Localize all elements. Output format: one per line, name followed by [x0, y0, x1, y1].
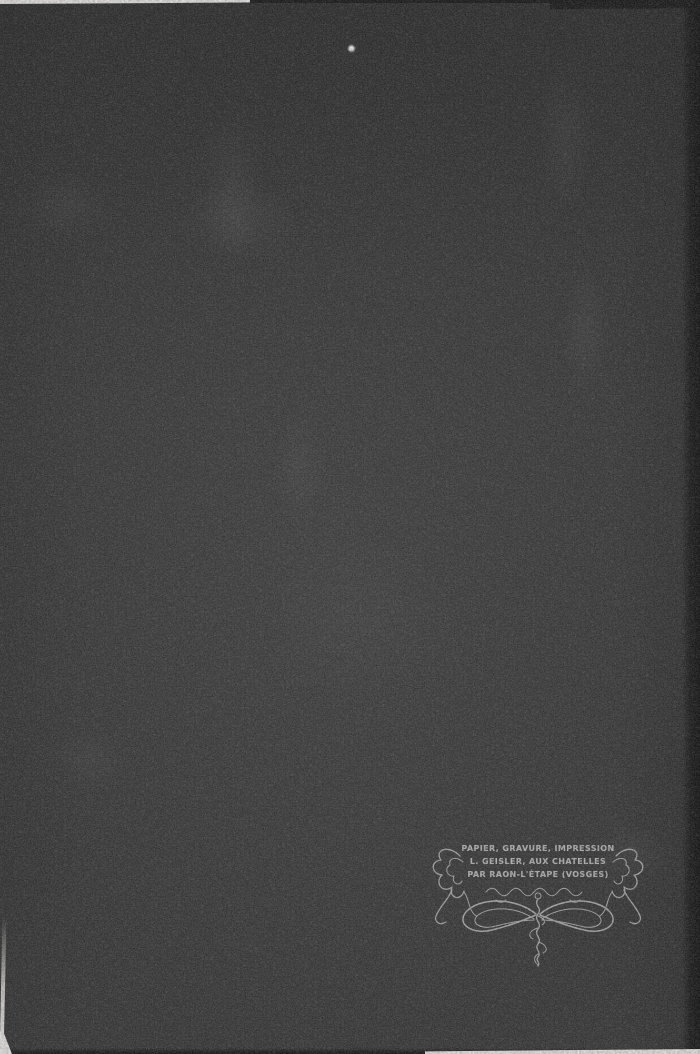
scan-edge-top-right-black [550, 0, 700, 9]
printer-stamp: PAPIER, GRAVURE, IMPRESSION L. GEISLER, … [430, 836, 646, 968]
dust-speck [347, 44, 356, 53]
printer-stamp-text: PAPIER, GRAVURE, IMPRESSION L. GEISLER, … [430, 842, 646, 881]
scan-edge-right-black-band [682, 0, 700, 1054]
stamp-line-1: PAPIER, GRAVURE, IMPRESSION [430, 842, 646, 855]
scanned-book-back-cover: PAPIER, GRAVURE, IMPRESSION L. GEISLER, … [0, 0, 700, 1054]
stamp-line-2: L. GEISLER, AUX CHATELLES [430, 855, 646, 868]
stamp-line-3: PAR RAON-L'ÉTAPE (VOSGES) [430, 868, 646, 881]
